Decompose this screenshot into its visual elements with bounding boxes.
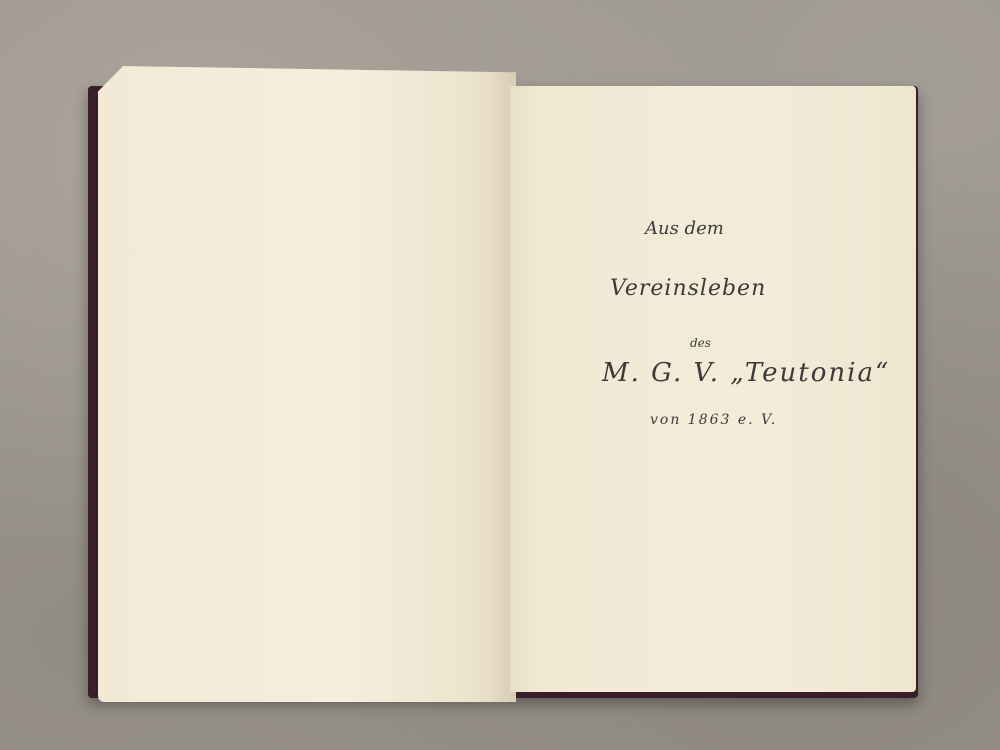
inscription-line-3: des [690, 336, 711, 350]
inscription-line-4: M. G. V. „Teutonia“ [602, 358, 890, 388]
inscription-line-2: Vereinsleben [610, 276, 766, 301]
photo-scene: Aus dem Vereinsleben des M. G. V. „Teuto… [0, 0, 1000, 750]
left-page-blank [98, 66, 516, 702]
inscription-line-1: Aus dem [645, 218, 724, 239]
inscription-line-5: von 1863 e. V. [650, 412, 777, 428]
right-page: Aus dem Vereinsleben des M. G. V. „Teuto… [510, 86, 916, 692]
